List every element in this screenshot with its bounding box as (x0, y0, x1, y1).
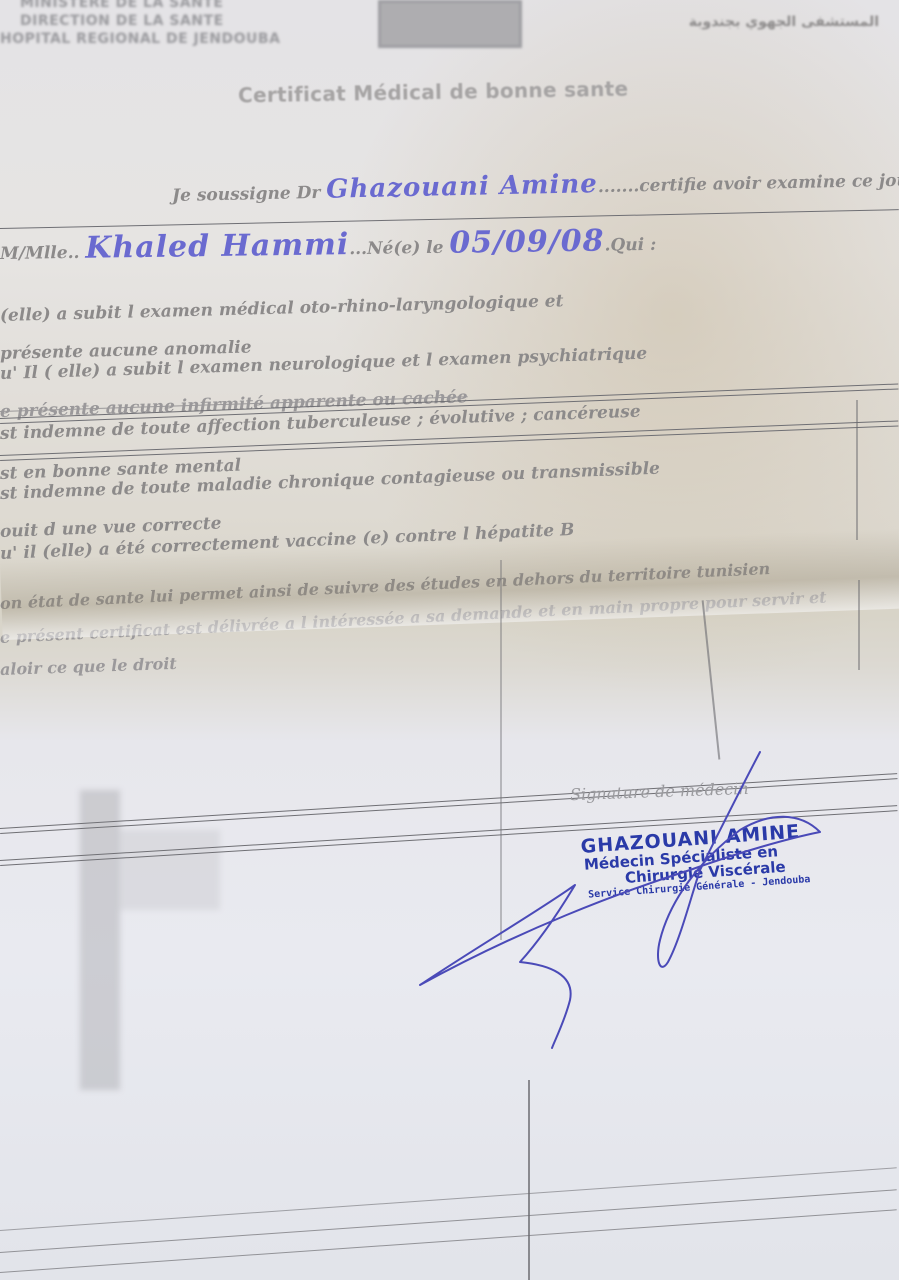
signature-label: Signature de médecin (570, 779, 749, 804)
doctor-stamp: GHAZOUANI AMINE Médecin Spécialiste en C… (580, 820, 811, 901)
header-line: HOPITAL REGIONAL DE JENDOUBA (0, 30, 280, 48)
statement: (elle) a subit l examen médical oto-rhin… (0, 291, 564, 326)
crease-line (528, 1080, 530, 1280)
handwritten-patient-name: Khaled Hammi (85, 227, 349, 266)
document-title: Certificat Médical de bonne sante (238, 77, 629, 108)
scan-smudge (120, 830, 220, 910)
header-arabic: المستشفى الجهوي بجندوبة (689, 14, 879, 30)
crease-line (702, 600, 720, 759)
qui-label: Qui : (610, 235, 656, 256)
statement: aloir ce que le droit (0, 654, 177, 679)
intro-line-doctor: Je soussigne Dr Ghazouani Amine.......ce… (172, 162, 899, 208)
intro-prefix: Je soussigne Dr (172, 183, 321, 206)
header-line: DIRECTION DE LA SANTE (0, 12, 280, 30)
crease-line (858, 580, 860, 670)
handwritten-doctor-name: Ghazouani Amine (326, 169, 598, 205)
ministry-logo-icon (378, 0, 522, 48)
birthdate-label: Né(e) le (367, 238, 444, 259)
intro-suffix: certifie avoir examine ce jour (639, 170, 899, 196)
header-line: MINISTERE DE LA SANTE (0, 0, 280, 12)
header-institution: MINISTERE DE LA SANTE DIRECTION DE LA SA… (0, 0, 280, 48)
scan-smudge (80, 790, 120, 1090)
patient-prefix: M/Mlle (0, 243, 68, 264)
crease-line (856, 400, 858, 540)
handwritten-birthdate: 05/09/08 (449, 224, 605, 261)
crease-line (500, 560, 502, 940)
certificate-page: MINISTERE DE LA SANTE DIRECTION DE LA SA… (0, 0, 899, 1280)
